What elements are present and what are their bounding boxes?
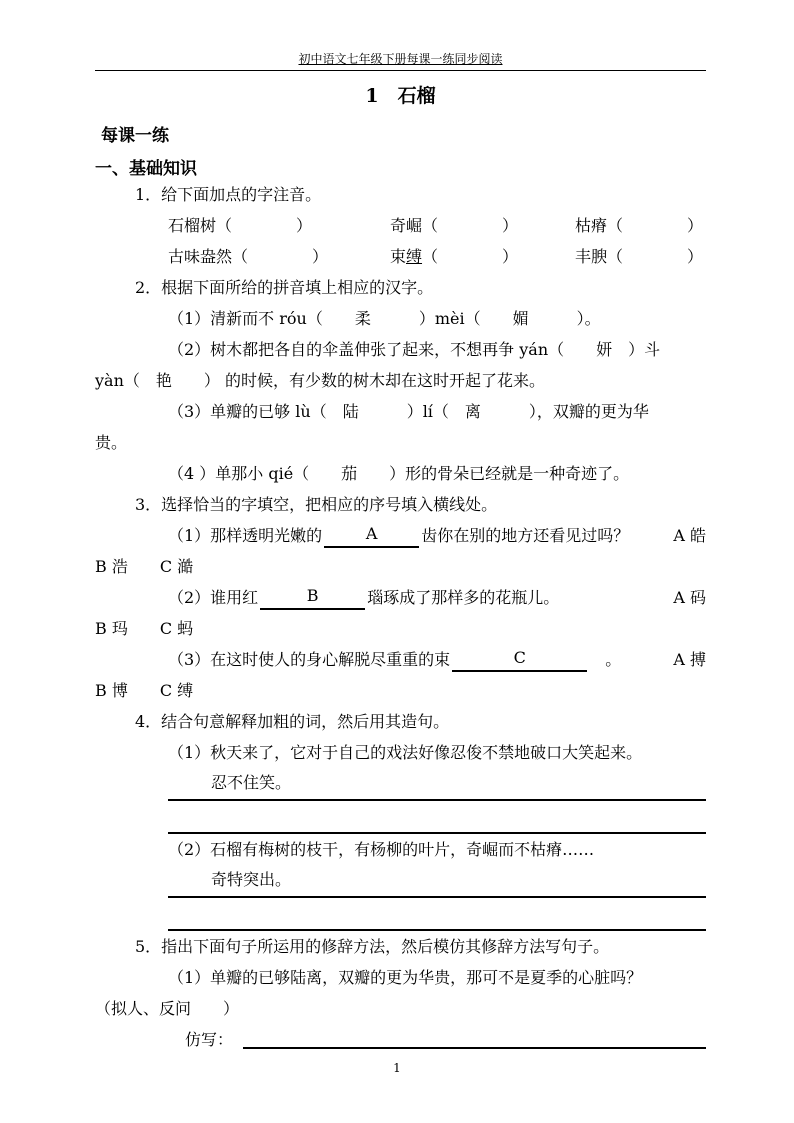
q4-answer-line-2: 奇特突出。 — [168, 865, 706, 898]
q3-options-2: B 玛 C 蚂 — [95, 613, 706, 644]
word-part-underlined: 缚 — [406, 247, 422, 266]
page-header: 初中语文七年级下册每课一练同步阅读 — [95, 50, 706, 71]
q4-item-2: （2）石榴有梅树的枝干，有杨柳的叶片，奇崛而不枯瘠…… — [95, 834, 706, 865]
word-blank-qijue: 奇崛（ ） — [390, 210, 575, 241]
q3-prompt: 3．选择恰当的字填空，把相应的序号填入横线处。 — [95, 489, 706, 520]
word-part: 束 — [390, 247, 406, 266]
q4-blank-line-2 — [168, 898, 706, 931]
page-number: 1 — [0, 1061, 794, 1075]
word-blank-guweiangran: 古味盎然（ ） — [168, 241, 390, 272]
q2-item-3-line-1: （3）单瓣的已够 lù（ 陆 ）lí（ 离 ），双瓣的更为华 — [95, 396, 706, 427]
worksheet-page: 初中语文七年级下册每课一练同步阅读 1 石榴 每课一练 一、基础知识 1．给下面… — [0, 0, 794, 1123]
section-heading: 一、基础知识 — [95, 154, 706, 179]
option-a: A 搏 — [673, 644, 706, 675]
word-blank-kuji: 枯瘠（ ） — [575, 210, 703, 241]
word-blank-shiliushu: 石榴树（ ） — [168, 210, 390, 241]
item-text: 。 — [589, 644, 621, 675]
q3-options-1: B 浩 C 澔 — [95, 551, 706, 582]
q4-prompt: 4．结合句意解释加粗的词，然后用其造句。 — [95, 706, 706, 737]
q2-item-3-line-2: 贵。 — [95, 427, 706, 458]
q3-item-2: （2）谁用红 B 瑙琢成了那样多的花瓶儿。 A 码 — [95, 582, 706, 613]
answer-blank: A — [324, 520, 419, 548]
q1-prompt: 1．给下面加点的字注音。 — [95, 179, 706, 210]
imitate-blank-line — [243, 1047, 706, 1049]
q1-word-row-1: 石榴树（ ） 奇崛（ ） 枯瘠（ ） — [95, 210, 706, 241]
page-title: 1 石榴 — [95, 81, 706, 108]
answer-blank: C — [452, 644, 587, 672]
q2-prompt: 2．根据下面所给的拼音填上相应的汉字。 — [95, 272, 706, 303]
q4-answer-line-1: 忍不住笑。 — [168, 768, 706, 801]
option-a: A 码 — [673, 582, 706, 613]
item-text: 齿你在别的地方还看见过吗？ — [421, 520, 629, 551]
header-text: 初中语文七年级下册每课一练同步阅读 — [298, 52, 502, 66]
item-text: 瑙琢成了那样多的花瓶儿。 — [367, 582, 559, 613]
word-blank-fengyu: 丰腴（ ） — [575, 241, 703, 272]
q3-item-1: （1）那样透明光嫩的 A 齿你在别的地方还看见过吗？ A 皓 — [95, 520, 706, 551]
q2-item-4: （4 ）单那小 qié（ 茄 ）形的骨朵已经就是一种奇迹了。 — [95, 458, 706, 489]
q3-options-3: B 博 C 缚 — [95, 675, 706, 706]
item-text: （3）在这时使人的身心解脱尽重重的束 — [168, 644, 450, 675]
item-text: （2）谁用红 — [168, 582, 258, 613]
q1-word-row-2: 古味盎然（ ） 束缚（ ） 丰腴（ ） — [95, 241, 706, 272]
q5-rhetoric-note: （拟人、反问 ） — [95, 993, 706, 1024]
word-blank-shufu: 束缚（ ） — [390, 241, 575, 272]
q3-item-3: （3）在这时使人的身心解脱尽重重的束 C 。 A 搏 — [95, 644, 706, 675]
option-a: A 皓 — [673, 520, 706, 551]
q2-item-2-line-2: yàn（ 艳 ） 的时候，有少数的树木却在这时开起了花来。 — [95, 365, 706, 396]
word-part: （ ） — [422, 247, 518, 266]
lesson-tag: 每课一练 — [95, 121, 706, 146]
imitate-label: 仿写： — [185, 1024, 233, 1055]
q5-prompt: 5．指出下面句子所运用的修辞方法，然后模仿其修辞方法写句子。 — [95, 931, 706, 962]
q2-item-2-line-1: （2）树木都把各自的伞盖伸张了起来，不想再争 yán（ 妍 ）斗 — [95, 334, 706, 365]
q5-imitate-row: 仿写： — [95, 1024, 706, 1055]
q5-item-1: （1）单瓣的已够陆离，双瓣的更为华贵，那可不是夏季的心脏吗？ — [95, 962, 706, 993]
item-text: （1）那样透明光嫩的 — [168, 520, 322, 551]
answer-blank: B — [260, 582, 365, 610]
q4-blank-line-1 — [168, 801, 706, 834]
q4-item-1: （1）秋天来了，它对于自己的戏法好像忍俊不禁地破口大笑起来。 — [95, 737, 706, 768]
q2-item-1: （1）清新而不 róu（ 柔 ）mèi（ 媚 ）。 — [95, 303, 706, 334]
